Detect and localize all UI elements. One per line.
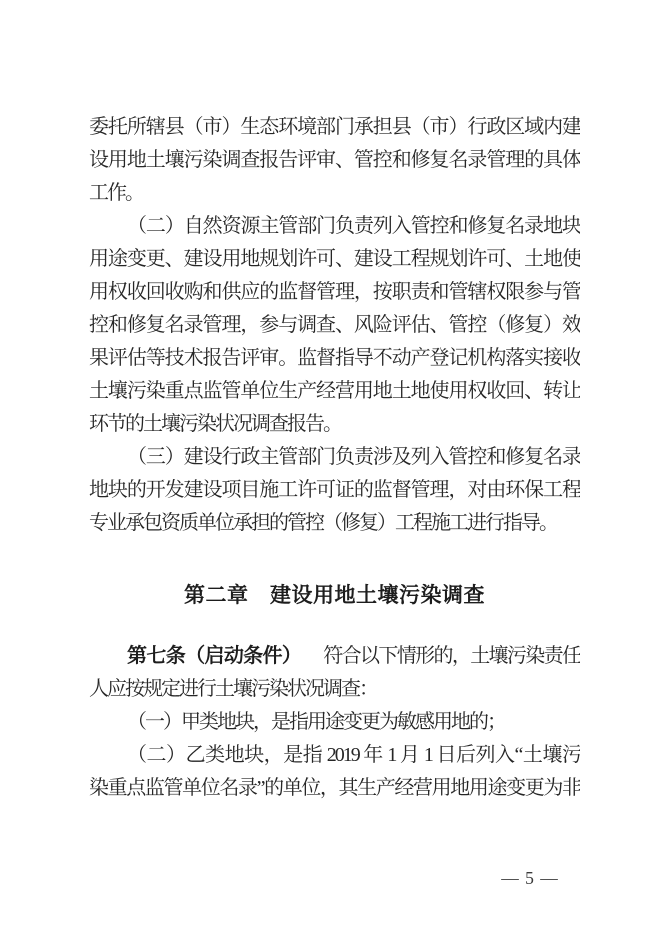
text-line: 工作。 [89,177,580,210]
text-line: （二）自然资源主管部门负责列入管控和修复名录地块 [89,210,580,243]
text-line: 用权收回收购和供应的监督管理，按职责和管辖权限参与管 [89,276,580,309]
page-number: — 5 — [498,866,562,890]
article-title: 第七条（启动条件） [127,645,301,667]
text-line: 环节的土壤污染状况调查报告。 [89,408,580,441]
document-text-block: 委托所辖县（市）生态环境部门承担县（市）行政区域内建 设用地土壤污染调查报告评审… [89,111,580,805]
document-page: 委托所辖县（市）生态环境部门承担县（市）行政区域内建 设用地土壤污染调查报告评审… [0,0,661,935]
text-line: 专业承包资质单位承担的管控（修复）工程施工进行指导。 [89,507,580,540]
text-line: 果评估等技术报告评审。监督指导不动产登记机构落实接收 [89,342,580,375]
article-title-line: 第七条（启动条件）符合以下情形的，土壤污染责任 [89,640,580,673]
text-line: （二）乙类地块，是指 2019 年 1 月 1 日后列入“土壤污 [89,739,580,772]
text-line: 委托所辖县（市）生态环境部门承担县（市）行政区域内建 [89,111,580,144]
text-line: 控和修复名录管理，参与调查、风险评估、管控（修复）效 [89,309,580,342]
chapter-heading: 第二章 建设用地土壤污染调查 [89,579,580,612]
article-7: 第七条（启动条件）符合以下情形的，土壤污染责任 人应按规定进行土壤污染状况调查：… [89,640,580,805]
text-line: 设用地土壤污染调查报告评审、管控和修复名录管理的具体 [89,144,580,177]
text-line: 地块的开发建设项目施工许可证的监督管理，对由环保工程 [89,474,580,507]
article-lead-text: 符合以下情形的，土壤污染责任 [323,645,580,667]
text-line: 染重点监管单位名录”的单位，其生产经营用地用途变更为非 [89,772,580,805]
text-line: 人应按规定进行土壤污染状况调查： [89,673,580,706]
text-line: （一）甲类地块，是指用途变更为敏感用地的； [89,706,580,739]
text-line: 用途变更、建设用地规划许可、建设工程规划许可、土地使 [89,243,580,276]
text-line: 土壤污染重点监管单位生产经营用地土地使用权收回、转让 [89,375,580,408]
text-line: （三）建设行政主管部门负责涉及列入管控和修复名录 [89,441,580,474]
